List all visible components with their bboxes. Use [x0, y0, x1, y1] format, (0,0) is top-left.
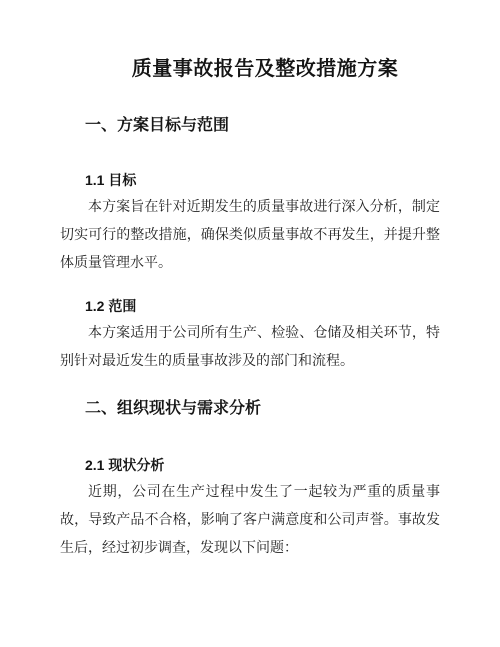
paragraph-2-1: 近期，公司在生产过程中发生了一起较为严重的质量事故，导致产品不合格，影响了客户满… — [60, 479, 440, 563]
subheading-1-2: 1.2 范围 — [60, 296, 440, 316]
section-heading-1: 一、方案目标与范围 — [60, 115, 440, 137]
section-heading-2: 二、组织现状与需求分析 — [60, 398, 440, 420]
subheading-1-1: 1.1 目标 — [60, 170, 440, 190]
document-page: 质量事故报告及整改措施方案 一、方案目标与范围 1.1 目标 本方案旨在针对近期… — [0, 0, 500, 647]
document-title: 质量事故报告及整改措施方案 — [60, 0, 440, 84]
paragraph-1-1: 本方案旨在针对近期发生的质量事故进行深入分析，制定切实可行的整改措施，确保类似质… — [60, 194, 440, 278]
paragraph-1-2: 本方案适用于公司所有生产、检验、仓储及相关环节，特别针对最近发生的质量事故涉及的… — [60, 320, 440, 376]
document-content: 质量事故报告及整改措施方案 一、方案目标与范围 1.1 目标 本方案旨在针对近期… — [0, 0, 500, 563]
subheading-2-1: 2.1 现状分析 — [60, 455, 440, 475]
